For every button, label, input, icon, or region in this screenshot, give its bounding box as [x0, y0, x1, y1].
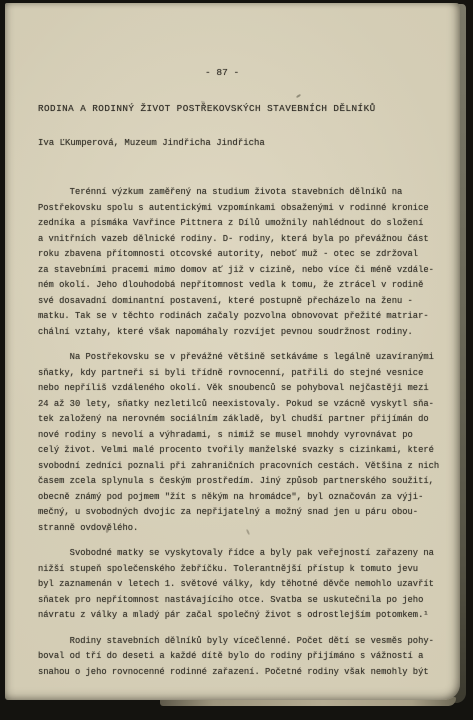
author-line: Iva ĽKumperová, Muzeum Jindřicha Jindřic… — [38, 137, 460, 149]
text-line: Terénní výzkum zaměřený na studium život… — [38, 185, 460, 201]
text-line: matku. Tak se v těchto rodinách začaly p… — [38, 309, 460, 325]
page-number: - 87 - — [205, 67, 460, 79]
text-line: zedníka a písmáka Vavřince Pittnera z Dí… — [38, 216, 460, 232]
text-line: celý život. Velmi malé procento tvořily … — [38, 443, 460, 459]
text-line: 24 až 30 lety, sňatky nezletilců neexist… — [38, 397, 460, 413]
text-line: roku zbavena přítomnosti otcovské autori… — [38, 247, 460, 263]
page-content: - 87 - RODINA A RODINNÝ ŽIVOT POSTŘEKOVS… — [5, 3, 460, 680]
text-line: ném okolí. Jeho dlouhodobá nepřítomnost … — [38, 278, 460, 294]
text-line: své dosavadní dominantní postavení, kter… — [38, 294, 460, 310]
paragraph-2: Na Postřekovsku se v převážné většině se… — [38, 350, 460, 536]
text-line: návratu z války a mladý pár začal společ… — [38, 608, 460, 624]
text-line: sňatek pro nepřítomnost nastávajícího ot… — [38, 593, 460, 609]
text-line: Na Postřekovsku se v převážné většině se… — [38, 350, 460, 366]
text-line: nižší stupeň společenského žebříčku. Tol… — [38, 562, 460, 578]
paragraph-1: Terénní výzkum zaměřený na studium život… — [38, 185, 460, 340]
text-line: snahou o jeho rovnocenné rodinné zařazen… — [38, 665, 460, 681]
text-line: byl zaznamenán v letech 1. světové války… — [38, 577, 460, 593]
text-line: nebo nepříliš vzdáleného okolí. Věk snou… — [38, 381, 460, 397]
text-line: chální vztahy, které však napomáhaly roz… — [38, 325, 460, 341]
paragraph-3: Svobodné matky se vyskytovaly řídce a by… — [38, 546, 460, 624]
text-line: a vnitřních vazeb dělnické rodiny. D- ro… — [38, 232, 460, 248]
text-line: sňatky, kdy partneři si byli třídně rovn… — [38, 366, 460, 382]
text-line: Postřekovsku spolu s autentickými vzpomí… — [38, 201, 460, 217]
document-page: - 87 - RODINA A RODINNÝ ŽIVOT POSTŘEKOVS… — [5, 3, 460, 700]
text-line: za stavebními pracemi mimo domov ať již … — [38, 263, 460, 279]
scanned-book-photo: - 87 - RODINA A RODINNÝ ŽIVOT POSTŘEKOVS… — [0, 0, 473, 720]
text-line: mečný, u svobodných dvojic za nepřijatel… — [38, 505, 460, 521]
text-line: časem zcela splynula s českým prostředím… — [38, 474, 460, 490]
document-title: RODINA A RODINNÝ ŽIVOT POSTŘEKOVSKÝCH ST… — [38, 103, 460, 115]
text-line: Svobodné matky se vyskytovaly řídce a by… — [38, 546, 460, 562]
text-line: Rodiny stavebních dělníků byly vícečlenn… — [38, 634, 460, 650]
text-line: svobodní zedníci poznali při zahraničníc… — [38, 459, 460, 475]
text-line: tek založený na nerovném sociálním zákla… — [38, 412, 460, 428]
text-line: obecně známý pod pojmem "žít s někým na … — [38, 490, 460, 506]
text-line: boval od tří do deseti a každé dítě bylo… — [38, 649, 460, 665]
text-line: nové rodiny s nevolí a výhradami, s nimi… — [38, 428, 460, 444]
paragraph-4: Rodiny stavebních dělníků byly vícečlenn… — [38, 634, 460, 681]
